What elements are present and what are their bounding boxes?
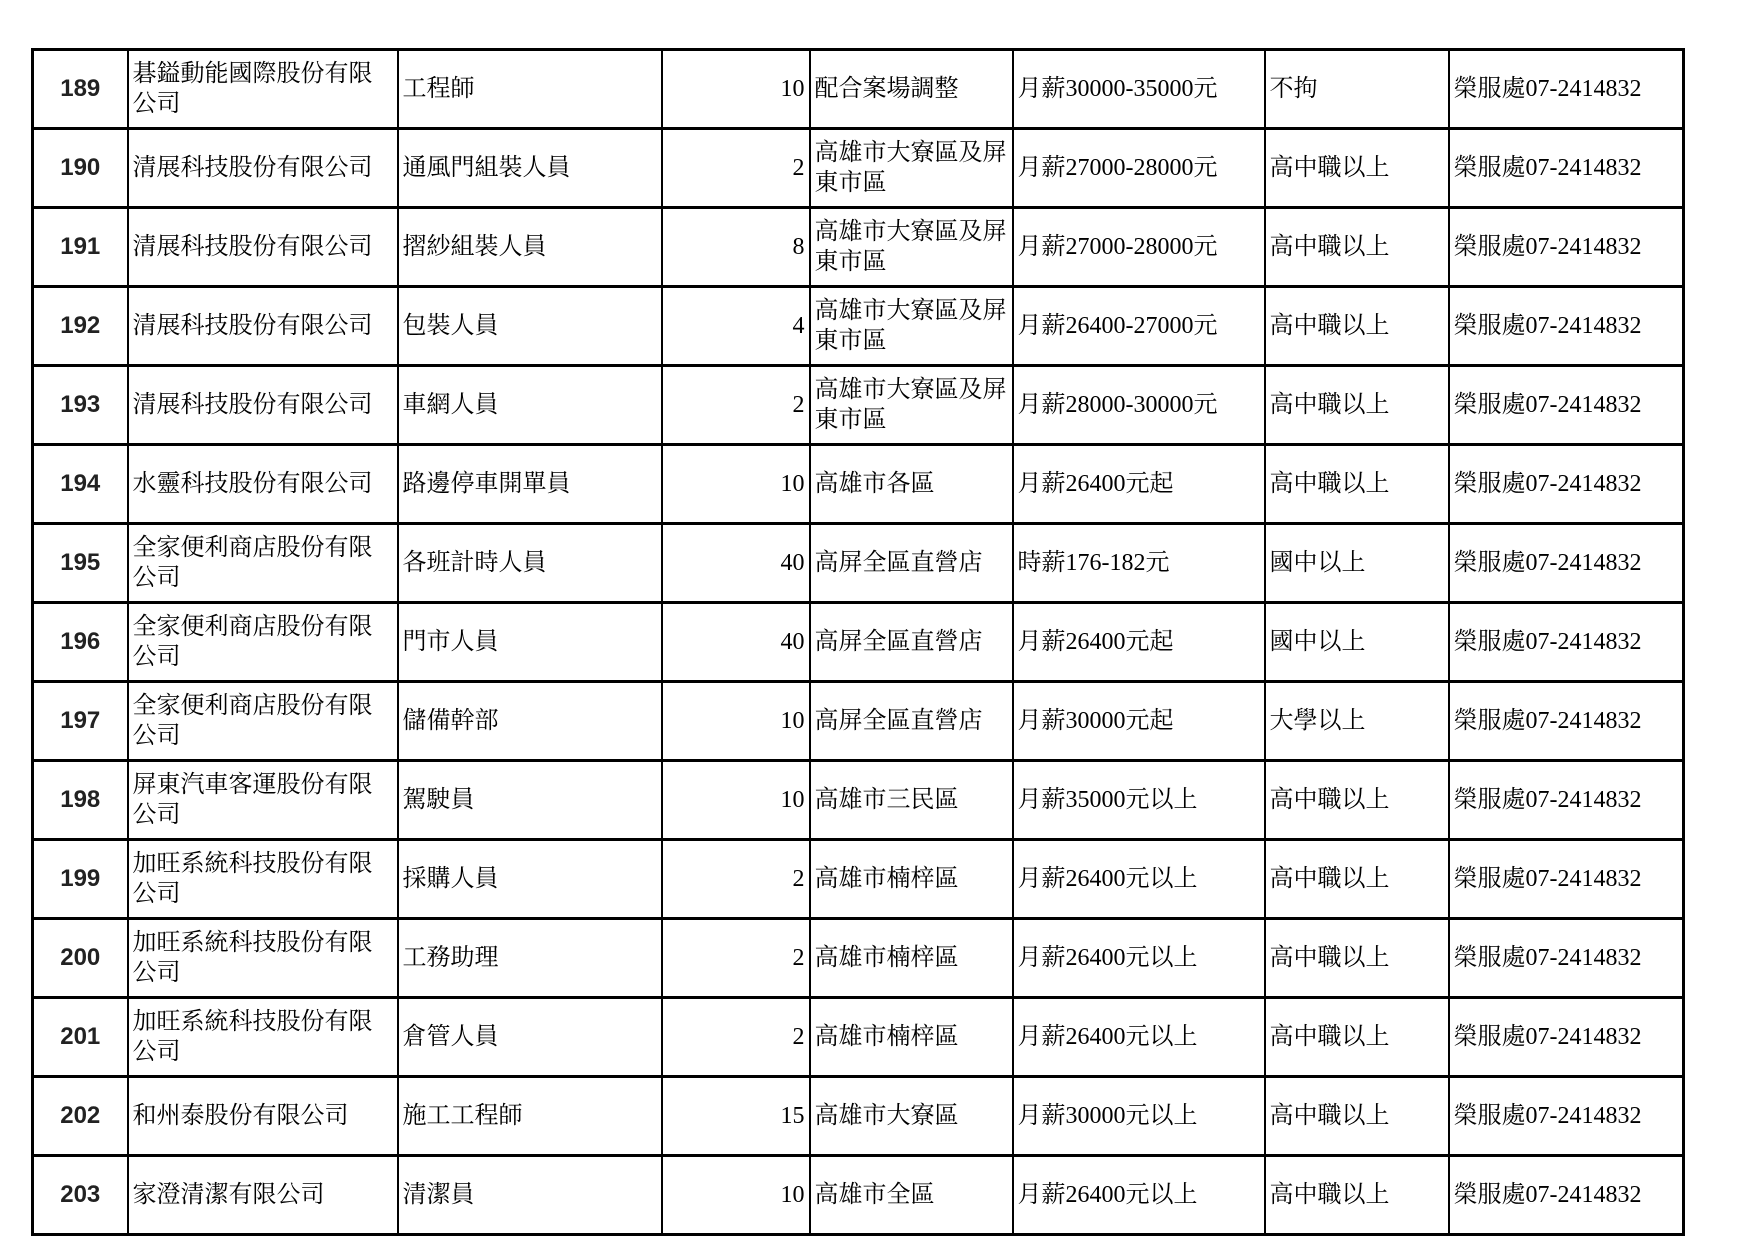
cell-work-location: 高雄市全區 (810, 1156, 1013, 1235)
cell-work-location: 高屏全區直營店 (810, 682, 1013, 761)
cell-contact: 榮服處07-2414832 (1449, 208, 1684, 287)
cell-company-name: 清展科技股份有限公司 (128, 366, 398, 445)
cell-company-name: 家澄清潔有限公司 (128, 1156, 398, 1235)
cell-contact: 榮服處07-2414832 (1449, 1156, 1684, 1235)
cell-education-requirement: 國中以上 (1265, 603, 1449, 682)
cell-row-number: 189 (33, 50, 128, 129)
cell-openings-count: 10 (662, 445, 810, 524)
cell-company-name: 清展科技股份有限公司 (128, 287, 398, 366)
cell-contact: 榮服處07-2414832 (1449, 366, 1684, 445)
cell-work-location: 配合案場調整 (810, 50, 1013, 129)
page: { "page": { "background_color": "#ffffff… (0, 0, 1754, 1241)
cell-job-title: 包裝人員 (398, 287, 662, 366)
cell-row-number: 190 (33, 129, 128, 208)
table-row: 191清展科技股份有限公司摺紗組裝人員8高雄市大寮區及屏東市區月薪27000-2… (33, 208, 1684, 287)
cell-company-name: 全家便利商店股份有限公司 (128, 524, 398, 603)
cell-work-location: 高雄市大寮區及屏東市區 (810, 208, 1013, 287)
cell-job-title: 工程師 (398, 50, 662, 129)
cell-education-requirement: 高中職以上 (1265, 1077, 1449, 1156)
table-row: 193清展科技股份有限公司車網人員2高雄市大寮區及屏東市區月薪28000-300… (33, 366, 1684, 445)
cell-salary: 月薪30000元起 (1013, 682, 1265, 761)
table-row: 199加旺系統科技股份有限公司採購人員2高雄市楠梓區月薪26400元以上高中職以… (33, 840, 1684, 919)
table-row: 192清展科技股份有限公司包裝人員4高雄市大寮區及屏東市區月薪26400-270… (33, 287, 1684, 366)
cell-contact: 榮服處07-2414832 (1449, 603, 1684, 682)
cell-salary: 月薪26400元以上 (1013, 840, 1265, 919)
cell-openings-count: 10 (662, 682, 810, 761)
cell-row-number: 197 (33, 682, 128, 761)
cell-contact: 榮服處07-2414832 (1449, 998, 1684, 1077)
cell-row-number: 203 (33, 1156, 128, 1235)
cell-education-requirement: 高中職以上 (1265, 287, 1449, 366)
cell-work-location: 高雄市三民區 (810, 761, 1013, 840)
cell-salary: 月薪35000元以上 (1013, 761, 1265, 840)
cell-salary: 月薪26400-27000元 (1013, 287, 1265, 366)
table-row: 203家澄清潔有限公司清潔員10高雄市全區月薪26400元以上高中職以上榮服處0… (33, 1156, 1684, 1235)
cell-job-title: 摺紗組裝人員 (398, 208, 662, 287)
cell-contact: 榮服處07-2414832 (1449, 840, 1684, 919)
cell-row-number: 192 (33, 287, 128, 366)
cell-openings-count: 8 (662, 208, 810, 287)
cell-work-location: 高雄市大寮區及屏東市區 (810, 287, 1013, 366)
cell-job-title: 倉管人員 (398, 998, 662, 1077)
table-row: 201加旺系統科技股份有限公司倉管人員2高雄市楠梓區月薪26400元以上高中職以… (33, 998, 1684, 1077)
table-row: 202和州泰股份有限公司施工工程師15高雄市大寮區月薪30000元以上高中職以上… (33, 1077, 1684, 1156)
cell-salary: 月薪26400元以上 (1013, 919, 1265, 998)
cell-contact: 榮服處07-2414832 (1449, 524, 1684, 603)
cell-contact: 榮服處07-2414832 (1449, 919, 1684, 998)
cell-education-requirement: 高中職以上 (1265, 1156, 1449, 1235)
cell-job-title: 採購人員 (398, 840, 662, 919)
table-row: 197全家便利商店股份有限公司儲備幹部10高屏全區直營店月薪30000元起大學以… (33, 682, 1684, 761)
table-row: 200加旺系統科技股份有限公司工務助理2高雄市楠梓區月薪26400元以上高中職以… (33, 919, 1684, 998)
cell-education-requirement: 國中以上 (1265, 524, 1449, 603)
cell-education-requirement: 不拘 (1265, 50, 1449, 129)
cell-education-requirement: 高中職以上 (1265, 208, 1449, 287)
cell-openings-count: 40 (662, 524, 810, 603)
cell-row-number: 193 (33, 366, 128, 445)
table-row: 198屏東汽車客運股份有限公司駕駛員10高雄市三民區月薪35000元以上高中職以… (33, 761, 1684, 840)
cell-openings-count: 2 (662, 129, 810, 208)
cell-company-name: 全家便利商店股份有限公司 (128, 682, 398, 761)
cell-job-title: 工務助理 (398, 919, 662, 998)
cell-salary: 月薪27000-28000元 (1013, 129, 1265, 208)
cell-job-title: 通風門組裝人員 (398, 129, 662, 208)
table-row: 189碁鎰動能國際股份有限公司工程師10配合案場調整月薪30000-35000元… (33, 50, 1684, 129)
cell-education-requirement: 高中職以上 (1265, 840, 1449, 919)
cell-work-location: 高屏全區直營店 (810, 603, 1013, 682)
cell-salary: 月薪27000-28000元 (1013, 208, 1265, 287)
job-listing-table-container: 189碁鎰動能國際股份有限公司工程師10配合案場調整月薪30000-35000元… (31, 48, 1685, 1236)
cell-job-title: 各班計時人員 (398, 524, 662, 603)
cell-openings-count: 15 (662, 1077, 810, 1156)
cell-education-requirement: 高中職以上 (1265, 919, 1449, 998)
table-row: 196全家便利商店股份有限公司門市人員40高屏全區直營店月薪26400元起國中以… (33, 603, 1684, 682)
cell-openings-count: 4 (662, 287, 810, 366)
cell-job-title: 門市人員 (398, 603, 662, 682)
cell-company-name: 加旺系統科技股份有限公司 (128, 840, 398, 919)
cell-openings-count: 2 (662, 998, 810, 1077)
cell-company-name: 碁鎰動能國際股份有限公司 (128, 50, 398, 129)
cell-company-name: 和州泰股份有限公司 (128, 1077, 398, 1156)
cell-job-title: 清潔員 (398, 1156, 662, 1235)
cell-company-name: 清展科技股份有限公司 (128, 208, 398, 287)
cell-salary: 月薪30000元以上 (1013, 1077, 1265, 1156)
cell-salary: 月薪26400元以上 (1013, 998, 1265, 1077)
cell-work-location: 高雄市大寮區及屏東市區 (810, 366, 1013, 445)
cell-openings-count: 10 (662, 761, 810, 840)
cell-education-requirement: 大學以上 (1265, 682, 1449, 761)
cell-education-requirement: 高中職以上 (1265, 998, 1449, 1077)
table-row: 195全家便利商店股份有限公司各班計時人員40高屏全區直營店時薪176-182元… (33, 524, 1684, 603)
cell-row-number: 198 (33, 761, 128, 840)
cell-work-location: 高雄市楠梓區 (810, 998, 1013, 1077)
cell-row-number: 195 (33, 524, 128, 603)
cell-company-name: 屏東汽車客運股份有限公司 (128, 761, 398, 840)
cell-contact: 榮服處07-2414832 (1449, 682, 1684, 761)
cell-salary: 月薪26400元以上 (1013, 1156, 1265, 1235)
cell-job-title: 儲備幹部 (398, 682, 662, 761)
cell-row-number: 201 (33, 998, 128, 1077)
cell-openings-count: 2 (662, 919, 810, 998)
job-listing-table: 189碁鎰動能國際股份有限公司工程師10配合案場調整月薪30000-35000元… (31, 48, 1685, 1236)
cell-work-location: 高雄市各區 (810, 445, 1013, 524)
cell-salary: 月薪28000-30000元 (1013, 366, 1265, 445)
cell-row-number: 199 (33, 840, 128, 919)
cell-education-requirement: 高中職以上 (1265, 761, 1449, 840)
cell-company-name: 清展科技股份有限公司 (128, 129, 398, 208)
cell-company-name: 加旺系統科技股份有限公司 (128, 998, 398, 1077)
cell-contact: 榮服處07-2414832 (1449, 287, 1684, 366)
cell-work-location: 高雄市楠梓區 (810, 840, 1013, 919)
cell-education-requirement: 高中職以上 (1265, 445, 1449, 524)
cell-company-name: 全家便利商店股份有限公司 (128, 603, 398, 682)
cell-work-location: 高雄市大寮區 (810, 1077, 1013, 1156)
cell-work-location: 高雄市大寮區及屏東市區 (810, 129, 1013, 208)
cell-education-requirement: 高中職以上 (1265, 366, 1449, 445)
table-row: 190清展科技股份有限公司通風門組裝人員2高雄市大寮區及屏東市區月薪27000-… (33, 129, 1684, 208)
cell-openings-count: 10 (662, 1156, 810, 1235)
cell-job-title: 路邊停車開單員 (398, 445, 662, 524)
cell-row-number: 191 (33, 208, 128, 287)
cell-row-number: 196 (33, 603, 128, 682)
cell-openings-count: 2 (662, 366, 810, 445)
cell-openings-count: 40 (662, 603, 810, 682)
cell-contact: 榮服處07-2414832 (1449, 1077, 1684, 1156)
cell-openings-count: 10 (662, 50, 810, 129)
cell-contact: 榮服處07-2414832 (1449, 129, 1684, 208)
cell-salary: 月薪30000-35000元 (1013, 50, 1265, 129)
cell-contact: 榮服處07-2414832 (1449, 761, 1684, 840)
cell-job-title: 駕駛員 (398, 761, 662, 840)
cell-job-title: 車網人員 (398, 366, 662, 445)
cell-job-title: 施工工程師 (398, 1077, 662, 1156)
cell-row-number: 202 (33, 1077, 128, 1156)
cell-work-location: 高雄市楠梓區 (810, 919, 1013, 998)
cell-row-number: 194 (33, 445, 128, 524)
cell-company-name: 加旺系統科技股份有限公司 (128, 919, 398, 998)
cell-education-requirement: 高中職以上 (1265, 129, 1449, 208)
cell-salary: 時薪176-182元 (1013, 524, 1265, 603)
cell-contact: 榮服處07-2414832 (1449, 445, 1684, 524)
cell-salary: 月薪26400元起 (1013, 603, 1265, 682)
cell-salary: 月薪26400元起 (1013, 445, 1265, 524)
cell-openings-count: 2 (662, 840, 810, 919)
cell-company-name: 水靈科技股份有限公司 (128, 445, 398, 524)
cell-work-location: 高屏全區直營店 (810, 524, 1013, 603)
table-row: 194水靈科技股份有限公司路邊停車開單員10高雄市各區月薪26400元起高中職以… (33, 445, 1684, 524)
cell-row-number: 200 (33, 919, 128, 998)
cell-contact: 榮服處07-2414832 (1449, 50, 1684, 129)
